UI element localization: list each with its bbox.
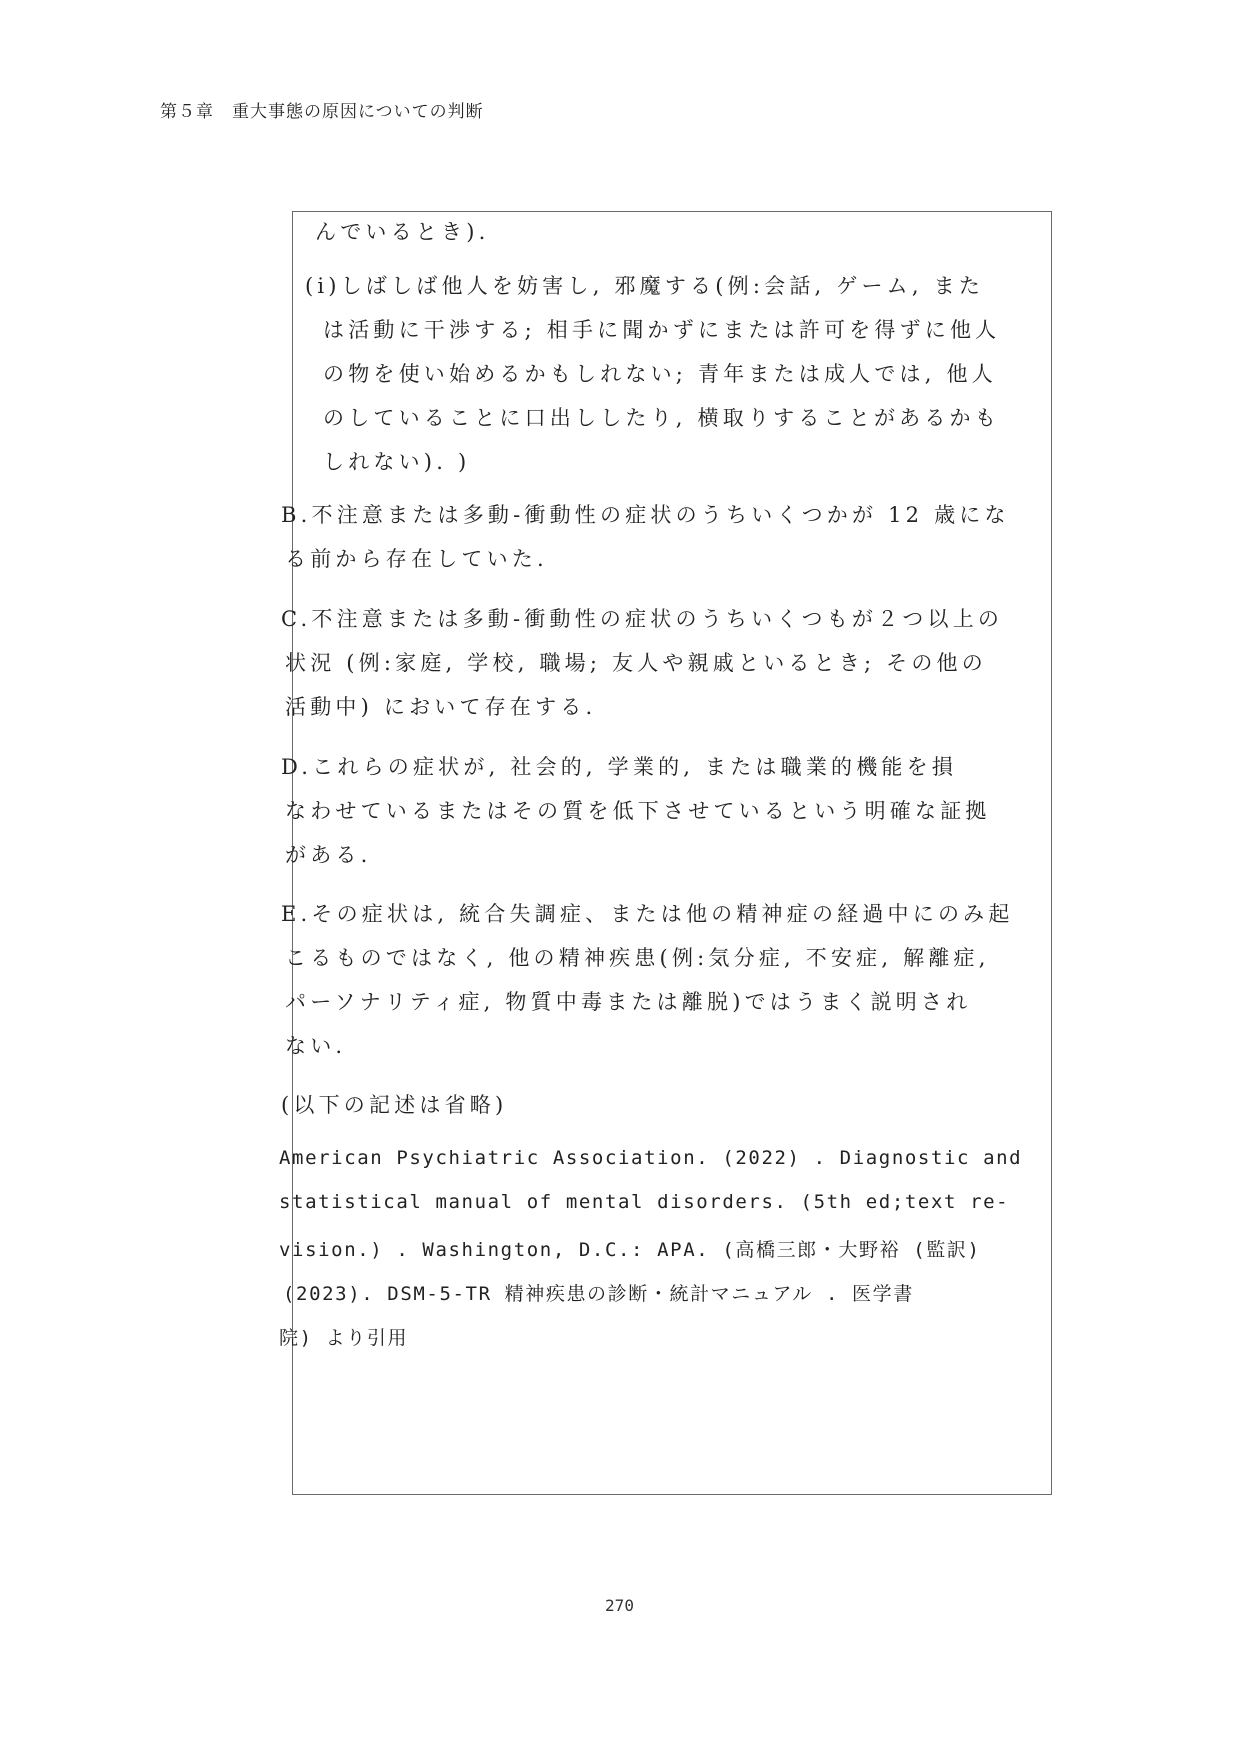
criterion-d-line: D.これらの症状が, 社会的, 学業的, または職業的機能を損 xyxy=(281,751,957,781)
criterion-e-line: E.その症状は, 統合失調症、または他の精神症の経過中にのみ起 xyxy=(281,898,1014,928)
running-header: 第５章 重大事態の原因についての判断 xyxy=(160,97,484,122)
criterion-e-line: パーソナリティ症, 物質中毒または離脱)ではうまく説明され xyxy=(285,986,971,1016)
criterion-a-line: のしていることに口出ししたり, 横取りすることがあるかも xyxy=(323,402,1000,432)
criterion-a-line: しれない). ) xyxy=(323,446,470,476)
omission-note: (以下の記述は省略) xyxy=(281,1089,507,1119)
criterion-d-line: がある. xyxy=(285,839,371,869)
citation-line: 院) より引用 xyxy=(279,1323,408,1350)
citation-line: vision.) . Washington, D.C.: APA. (高橋三郎・… xyxy=(279,1235,980,1262)
criterion-a-line: んでいるとき). xyxy=(315,216,489,246)
citation-line: American Psychiatric Association. (2022)… xyxy=(279,1147,1022,1169)
criterion-e-line: こるものではなく, 他の精神疾患(例:気分症, 不安症, 解離症, xyxy=(285,942,990,972)
citation-line: (2023). DSM-5-TR 精神疾患の診断・統計マニュアル . 医学書 xyxy=(283,1279,914,1306)
page-number: 270 xyxy=(0,1596,1239,1615)
criterion-b-line: る前から存在していた. xyxy=(285,543,548,573)
criterion-c-line: 活動中) において存在する. xyxy=(285,691,596,721)
criterion-e-line: ない. xyxy=(285,1030,346,1060)
criterion-b-line: B.不注意または多動-衝動性の症状のうちいくつかが 12 歳にな xyxy=(281,499,1010,529)
criterion-c-line: 状況 (例:家庭, 学校, 職場; 友人や親戚といるとき; その他の xyxy=(285,647,987,677)
criterion-d-line: なわせているまたはその質を低下させているという明確な証拠 xyxy=(285,795,991,825)
criterion-a-line: の物を使い始めるかもしれない; 青年または成人では, 他人 xyxy=(323,358,997,388)
citation-line: statistical manual of mental disorders. … xyxy=(279,1191,1009,1213)
criterion-a-line: (i)しばしば他人を妨害し, 邪魔する(例:会話, ゲーム, また xyxy=(305,270,984,300)
criterion-c-line: C.不注意または多動-衝動性の症状のうちいくつもが２つ以上の xyxy=(281,603,1003,633)
quote-box: んでいるとき). (i)しばしば他人を妨害し, 邪魔する(例:会話, ゲーム, … xyxy=(292,211,1052,1495)
criterion-a-line: は活動に干渉する; 相手に聞かずにまたは許可を得ずに他人 xyxy=(323,314,1000,344)
